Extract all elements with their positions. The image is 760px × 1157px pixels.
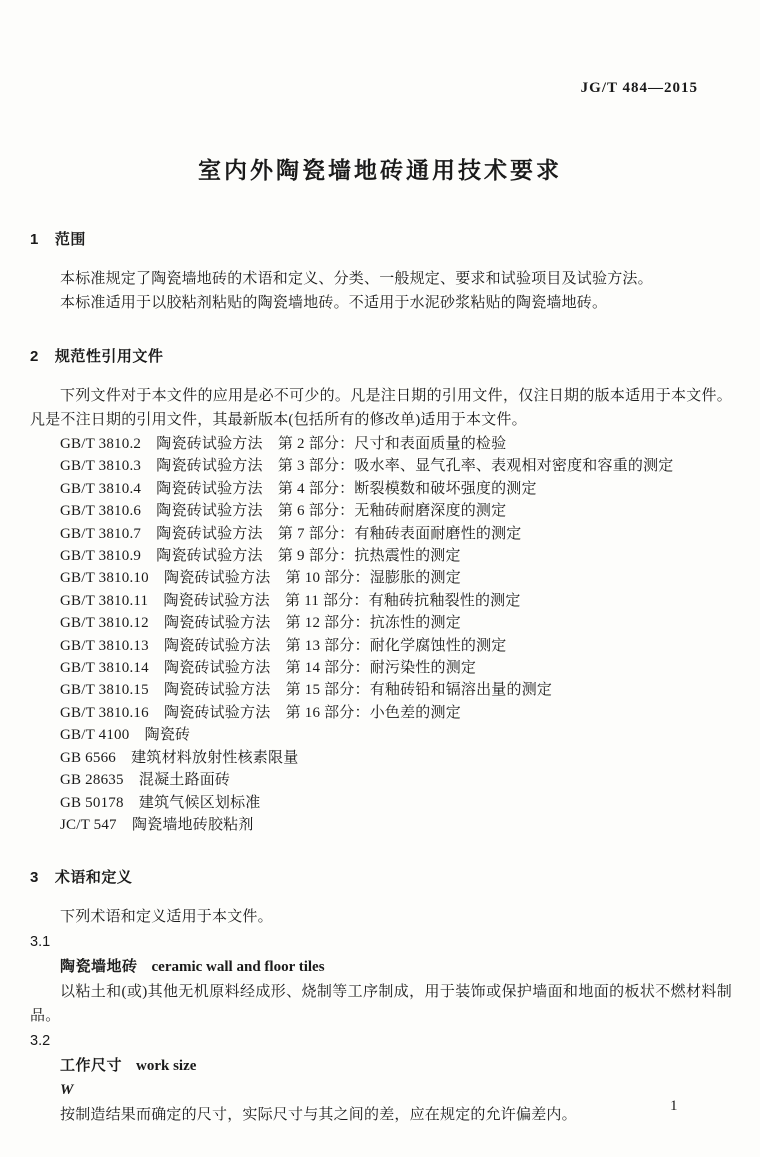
term-cn-3-2: 工作尺寸 bbox=[60, 1057, 122, 1074]
reference-item: GB/T 3810.2 陶瓷砖试验方法 第 2 部分：尺寸和表面质量的检验 bbox=[30, 433, 732, 455]
section-3-number: 3 bbox=[30, 869, 39, 886]
reference-item: GB/T 3810.10 陶瓷砖试验方法 第 10 部分：湿膨胀的测定 bbox=[30, 567, 732, 589]
term-definition-3-2: 按制造结果而确定的尺寸，实际尺寸与其之间的差，应在规定的允许偏差内。 bbox=[30, 1103, 732, 1127]
scope-paragraph-2: 本标准适用于以胶粘剂粘贴的陶瓷墙地砖。不适用于水泥砂浆粘贴的陶瓷墙地砖。 bbox=[30, 291, 732, 315]
page-number: 1 bbox=[670, 1098, 678, 1115]
reference-item: GB 28635 混凝土路面砖 bbox=[30, 769, 732, 791]
section-1-heading: 1范围 bbox=[30, 228, 732, 249]
reference-item: GB/T 3810.9 陶瓷砖试验方法 第 9 部分：抗热震性的测定 bbox=[30, 545, 732, 567]
reference-list: GB/T 3810.2 陶瓷砖试验方法 第 2 部分：尺寸和表面质量的检验 GB… bbox=[30, 433, 732, 836]
reference-item: GB 50178 建筑气候区划标准 bbox=[30, 792, 732, 814]
reference-item: GB/T 3810.13 陶瓷砖试验方法 第 13 部分：耐化学腐蚀性的测定 bbox=[30, 635, 732, 657]
reference-item: GB/T 3810.12 陶瓷砖试验方法 第 12 部分：抗冻性的测定 bbox=[30, 612, 732, 634]
reference-item: GB/T 3810.15 陶瓷砖试验方法 第 15 部分：有釉砖铅和镉溶出量的测… bbox=[30, 679, 732, 701]
term-en-3-2: work size bbox=[136, 1058, 196, 1074]
reference-item: GB/T 4100 陶瓷砖 bbox=[30, 724, 732, 746]
reference-item: GB/T 3810.3 陶瓷砖试验方法 第 3 部分：吸水率、显气孔率、表观相对… bbox=[30, 455, 732, 477]
term-definition-3-1: 以粘土和(或)其他无机原料经成形、烧制等工序制成，用于装饰或保护墙面和地面的板状… bbox=[30, 980, 732, 1028]
term-number-3-1: 3.1 bbox=[30, 931, 732, 954]
document-page: JG/T 484—2015 室内外陶瓷墙地砖通用技术要求 1范围 本标准规定了陶… bbox=[0, 0, 760, 1157]
section-2-title: 规范性引用文件 bbox=[55, 348, 164, 365]
reference-item: GB/T 3810.6 陶瓷砖试验方法 第 6 部分：无釉砖耐磨深度的测定 bbox=[30, 500, 732, 522]
document-body: 1范围 本标准规定了陶瓷墙地砖的术语和定义、分类、一般规定、要求和试验项目及试验… bbox=[30, 228, 732, 1127]
section-2-number: 2 bbox=[30, 348, 39, 365]
reference-item: GB/T 3810.4 陶瓷砖试验方法 第 4 部分：断裂模数和破坏强度的测定 bbox=[30, 478, 732, 500]
references-intro: 下列文件对于本文件的应用是必不可少的。凡是注日期的引用文件，仅注日期的版本适用于… bbox=[30, 384, 732, 432]
term-cn-3-1: 陶瓷墙地砖 bbox=[60, 958, 138, 975]
reference-item: GB 6566 建筑材料放射性核素限量 bbox=[30, 747, 732, 769]
reference-item: JC/T 547 陶瓷墙地砖胶粘剂 bbox=[30, 814, 732, 836]
term-number-3-2: 3.2 bbox=[30, 1030, 732, 1053]
standard-code: JG/T 484—2015 bbox=[581, 80, 698, 97]
term-symbol-3-2: W bbox=[30, 1079, 732, 1102]
section-1-title: 范围 bbox=[55, 231, 86, 248]
scope-paragraph-1: 本标准规定了陶瓷墙地砖的术语和定义、分类、一般规定、要求和试验项目及试验方法。 bbox=[30, 267, 732, 291]
section-1-number: 1 bbox=[30, 231, 39, 248]
section-3-title: 术语和定义 bbox=[55, 869, 133, 886]
reference-item: GB/T 3810.16 陶瓷砖试验方法 第 16 部分：小色差的测定 bbox=[30, 702, 732, 724]
terms-intro: 下列术语和定义适用于本文件。 bbox=[30, 905, 732, 929]
term-en-3-1: ceramic wall and floor tiles bbox=[152, 959, 325, 975]
document-title: 室内外陶瓷墙地砖通用技术要求 bbox=[0, 152, 760, 185]
term-line-3-1: 陶瓷墙地砖ceramic wall and floor tiles bbox=[30, 955, 732, 979]
term-line-3-2: 工作尺寸work size bbox=[30, 1054, 732, 1078]
section-2-heading: 2规范性引用文件 bbox=[30, 345, 732, 366]
reference-item: GB/T 3810.11 陶瓷砖试验方法 第 11 部分：有釉砖抗釉裂性的测定 bbox=[30, 590, 732, 612]
reference-item: GB/T 3810.14 陶瓷砖试验方法 第 14 部分：耐污染性的测定 bbox=[30, 657, 732, 679]
section-3-heading: 3术语和定义 bbox=[30, 866, 732, 887]
reference-item: GB/T 3810.7 陶瓷砖试验方法 第 7 部分：有釉砖表面耐磨性的测定 bbox=[30, 523, 732, 545]
